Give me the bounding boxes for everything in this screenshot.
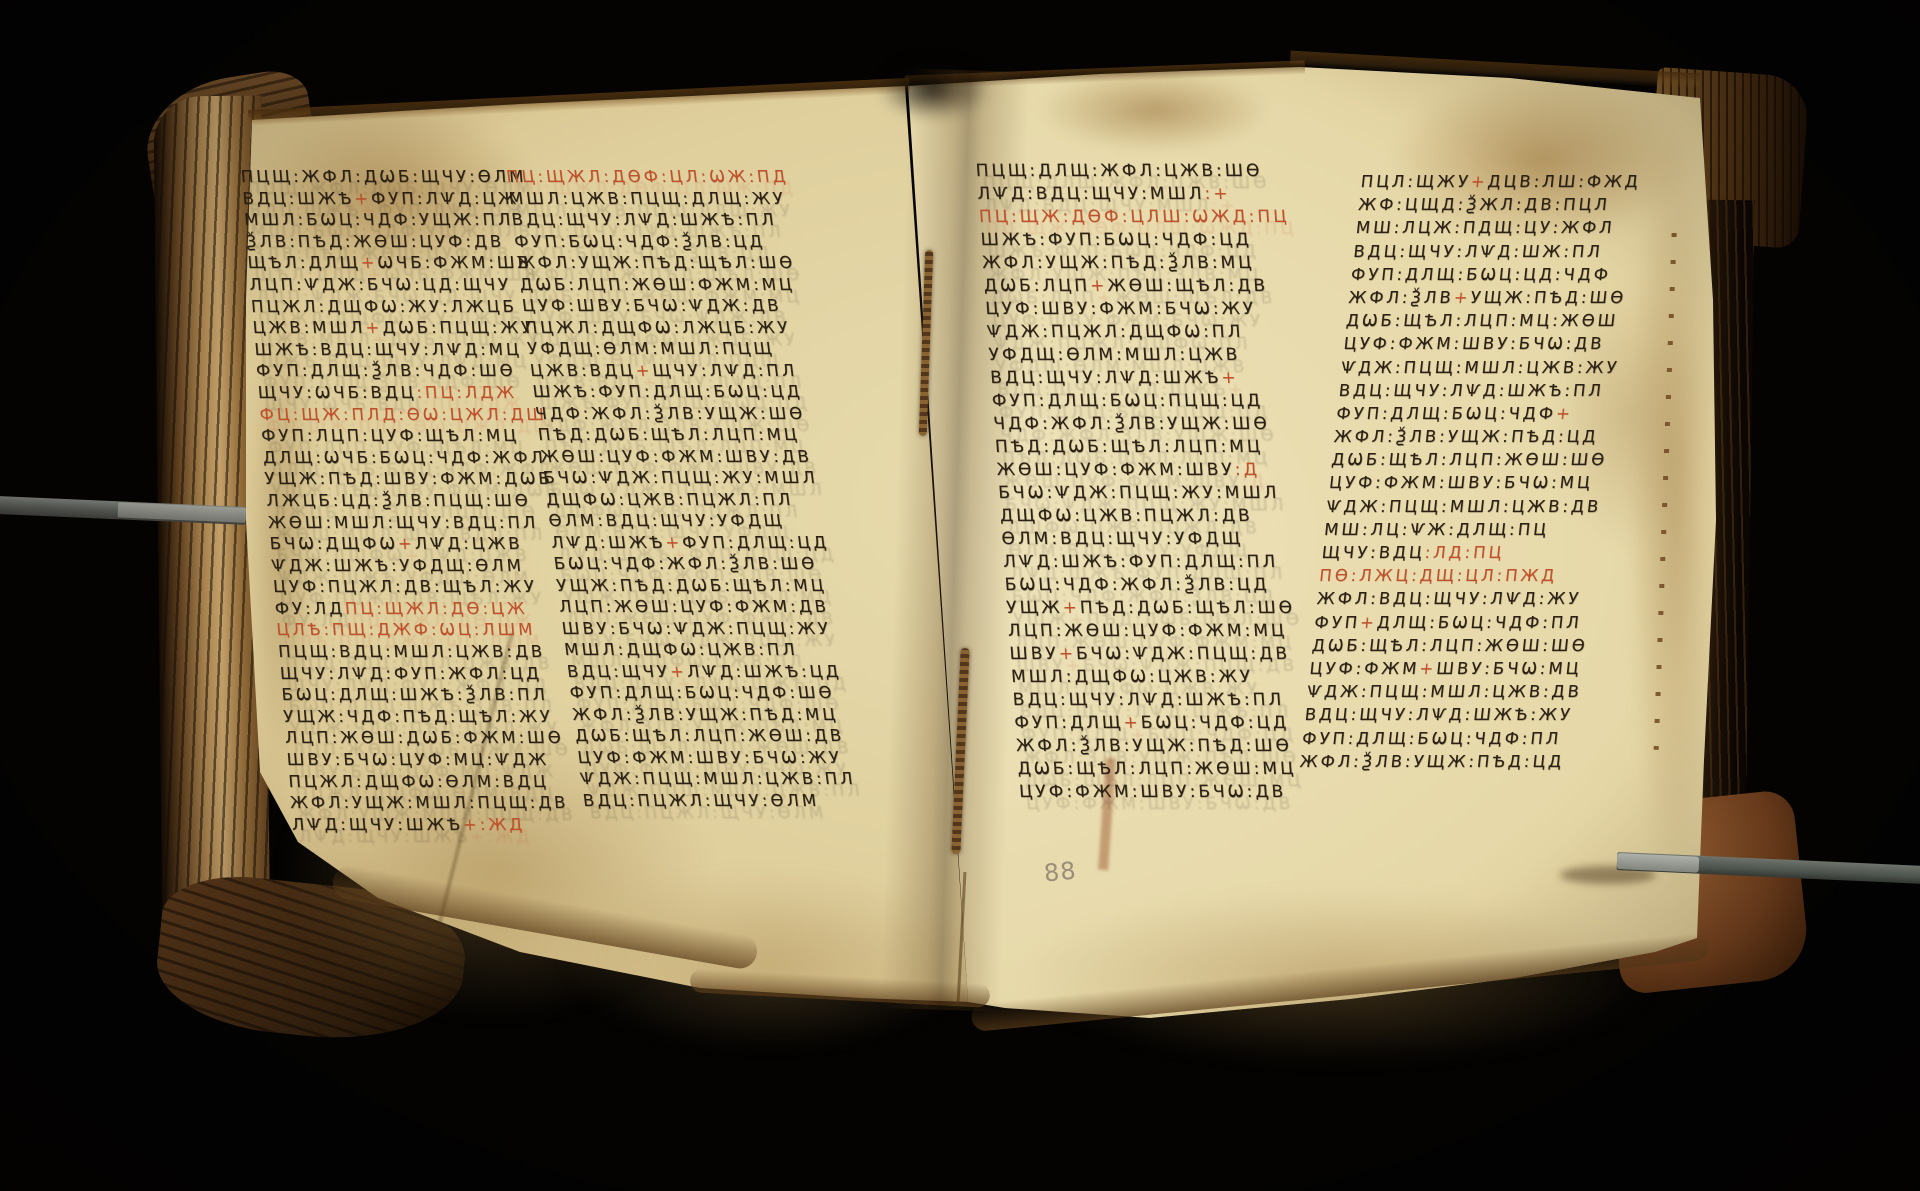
right-rod-tip	[1617, 853, 1700, 873]
page-number: 88	[1043, 856, 1078, 887]
manuscript-photo: ПЦЩ:ЖФЛ:ДѠБ:ЩЧУ:ѲЛМВДЦ:ШЖѢ+ФУП:ЛѰД:ЦЖМШЛ…	[0, 0, 1920, 1191]
left-rod-tip	[118, 502, 247, 523]
